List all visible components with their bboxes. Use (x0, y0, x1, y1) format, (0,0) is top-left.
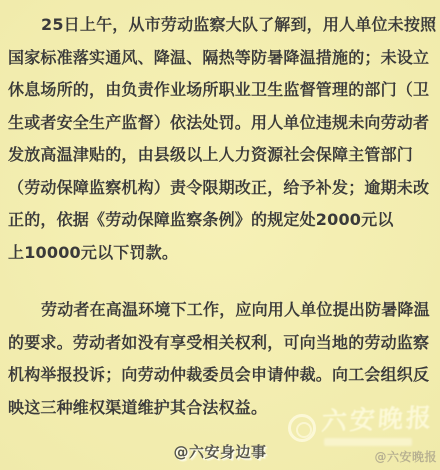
text-line: （劳动保障监察机构）责令限期改正，给予补发；逾期未改 (8, 172, 428, 205)
article-body: 25日上午，从市劳动监察大队了解到，用人单位未按照国家标准落实通风、降温、隔热等… (8, 9, 428, 424)
text-line: 的要求。劳动者如没有享受相关权利，可向当地的劳动监察 (8, 327, 428, 360)
text-line: 正的，依据《劳动保障监察条例》的规定处2000元以 (8, 204, 428, 237)
text-line: 上10000元以下罚款。 (8, 237, 428, 270)
text-line: 机构举报投诉；向劳动仲裁委员会申请仲裁。向工会组织反 (8, 359, 428, 392)
text-line: 国家标准落实通风、降温、隔热等防暑降温措施的；未设立 (8, 42, 428, 75)
paragraph: 劳动者在高温环境下工作，应向用人单位提出防暑降温的要求。劳动者如没有享受相关权利… (8, 294, 428, 424)
text-line: 休息场所的，由负责作业场所职业卫生监督管理的部门（卫 (8, 74, 428, 107)
paragraph: 25日上午，从市劳动监察大队了解到，用人单位未按照国家标准落实通风、降温、隔热等… (8, 9, 428, 269)
text-line: 生或者安全生产监督）依法处罚。用人单位违规未向劳动者 (8, 107, 428, 140)
text-line: 25日上午，从市劳动监察大队了解到，用人单位未按照 (8, 9, 428, 42)
article-page: 25日上午，从市劳动监察大队了解到，用人单位未按照国家标准落实通风、降温、隔热等… (0, 0, 440, 470)
text-line: 发放高温津贴的，由县级以上人力资源社会保障主管部门 (8, 139, 428, 172)
text-line: 劳动者在高温环境下工作，应向用人单位提出防暑降温 (8, 294, 428, 327)
corner-watermark-handle: @六安晚报 (374, 448, 437, 465)
text-line: 映这三种维权渠道维护其合法权益。 (8, 392, 428, 425)
